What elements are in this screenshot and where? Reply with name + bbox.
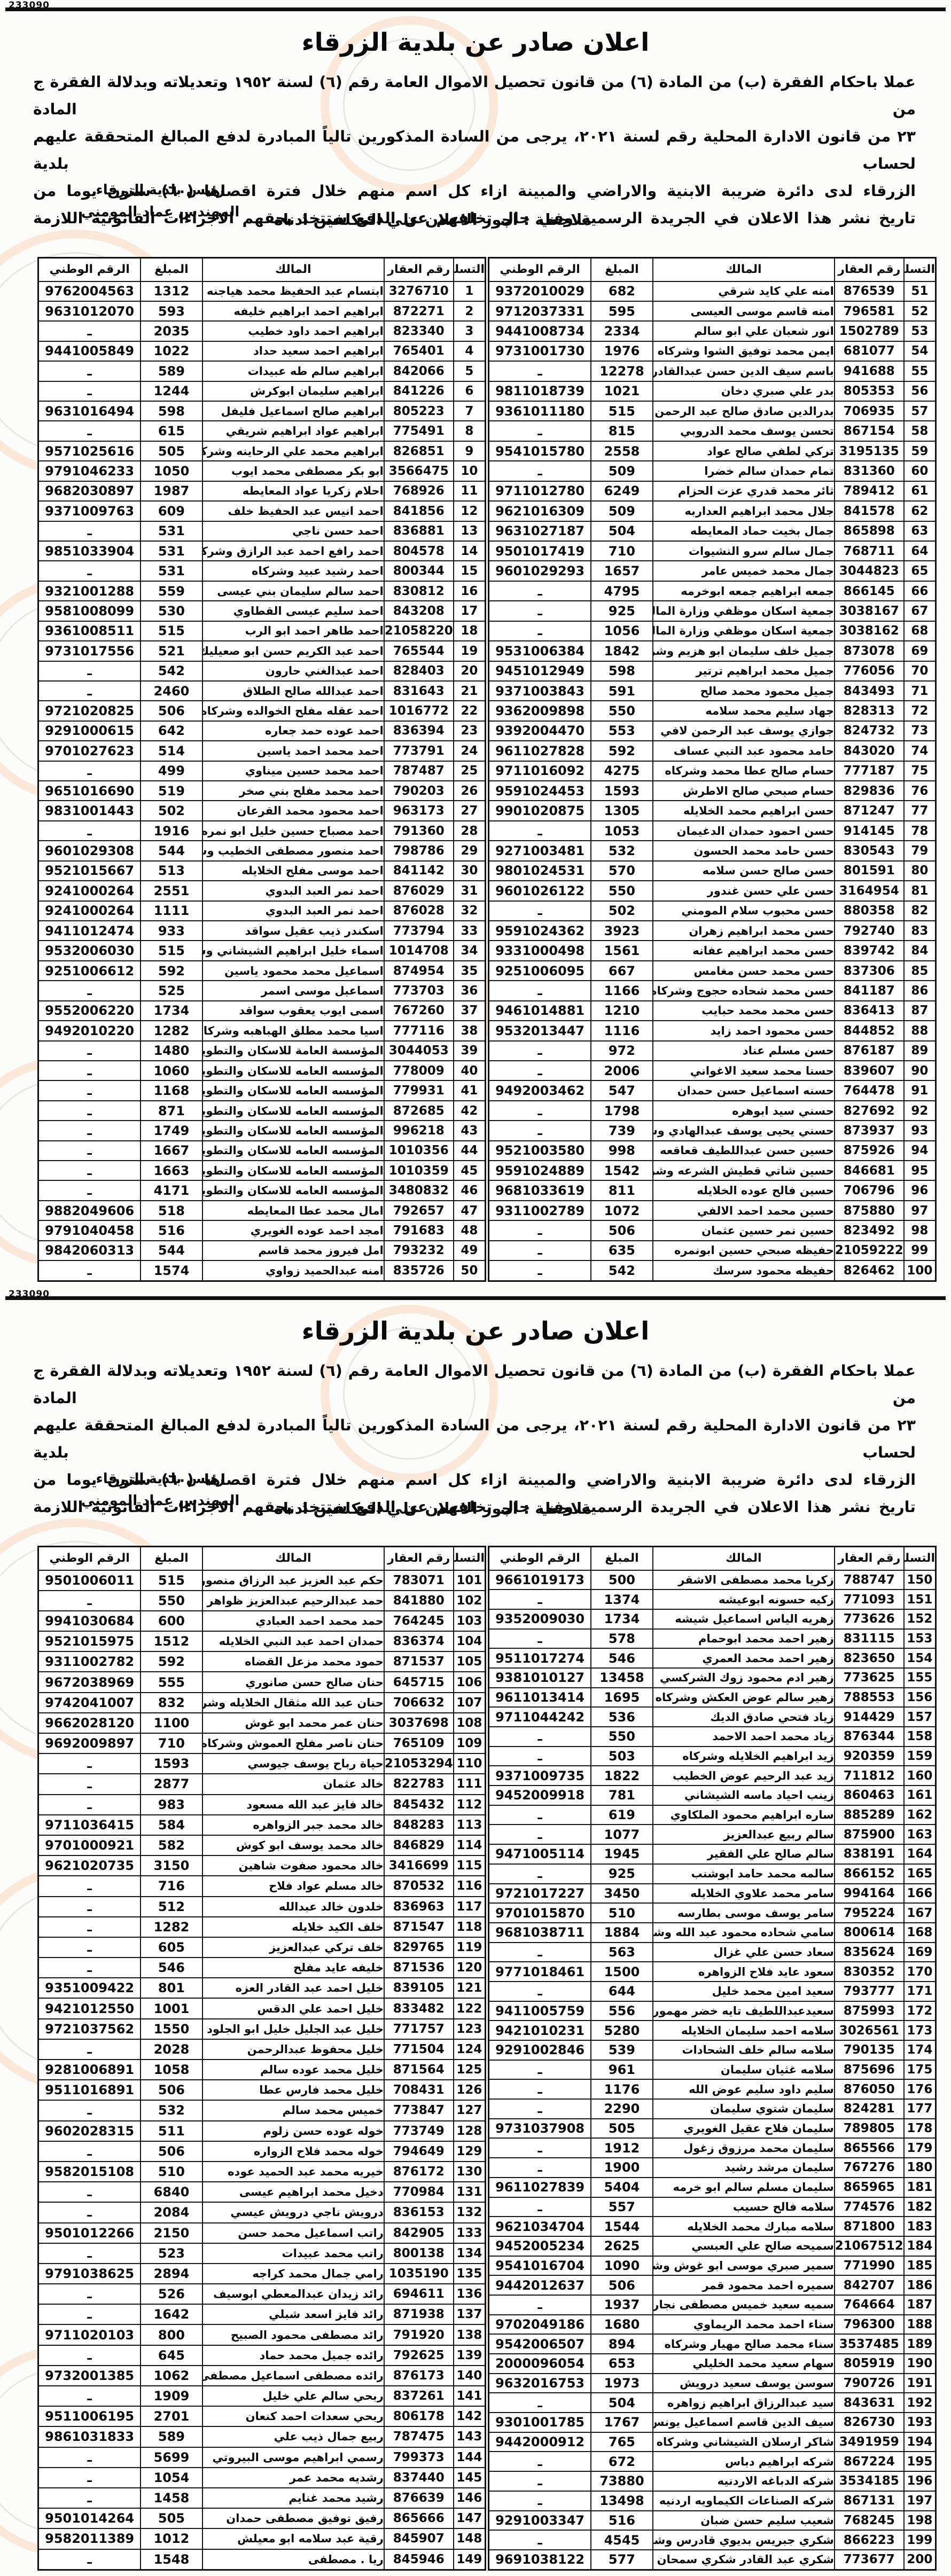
serial-cell: 195	[904, 2452, 936, 2471]
table-row: 120871536خليفه عايد مفلح546ـ	[38, 1958, 486, 1978]
national-id-cell: 9541016704	[489, 2256, 591, 2276]
serial-cell: 8	[454, 421, 486, 441]
table-row: 93873937حسني يحيى يوسف عبدالهادي وشركاه7…	[489, 1121, 936, 1140]
amount-cell: 1077	[591, 1825, 652, 1844]
owner-cell: زكيه حسونه ابوعيشه	[653, 1590, 835, 1609]
amount-cell: 800	[141, 2324, 202, 2345]
table-row: 118871547خلف الكيد خلايله1282ـ	[38, 1917, 486, 1937]
owner-cell: احمد عوده حمد جعاره	[202, 721, 384, 741]
amount-cell: 13498	[591, 2491, 652, 2511]
national-id-cell: ـ	[489, 1241, 591, 1260]
serial-cell: 200	[904, 2550, 936, 2570]
owner-cell: سعيدعبداللطيف تايه خضر مهمور	[653, 2001, 835, 2021]
property-number-cell: 914429	[835, 1707, 904, 1727]
national-id-cell: ـ	[489, 1121, 591, 1140]
national-id-cell: ـ	[38, 1260, 141, 1281]
property-number-cell: 787487	[384, 761, 454, 781]
owner-cell: سيف الدين قاسم اسماعيل يونس	[653, 2413, 835, 2432]
owner-cell: سميه سعيد خميس مصطفى نجار	[653, 2295, 835, 2315]
table-row: 43996218المؤسسه العامه للاسكان والتطوير …	[38, 1121, 486, 1140]
owner-cell: ربيع جمال ذيب علي	[202, 2426, 384, 2447]
column-header-property-number: رقم العقار	[835, 1547, 904, 1570]
table-row: 192843631سيد عبدالرزاق ابراهيم زواهره504…	[489, 2393, 936, 2413]
property-number-cell: 773626	[835, 1609, 904, 1629]
amount-cell: 1680	[591, 2315, 652, 2335]
owner-cell: جمال بخيت حماد المعايطه	[653, 521, 835, 541]
serial-cell: 66	[904, 581, 936, 601]
amount-cell: 598	[141, 401, 202, 421]
owner-cell: ابراهيم صالح اسماعيل فليفل	[202, 401, 384, 421]
table-row: 114846829خالد محمد يوسف ابو كوش582970100…	[38, 1835, 486, 1855]
owner-cell: احمد عبدالغني حارون	[202, 661, 384, 681]
amount-cell: 598	[591, 661, 652, 681]
owner-cell: سهام سعيد محمد الخليلي	[653, 2354, 835, 2374]
property-number-cell: 706632	[384, 1693, 454, 1713]
owner-cell: اسمى ايوب يعقوب سواقد	[202, 1001, 384, 1021]
national-id-cell: 9632016753	[489, 2374, 591, 2393]
owner-cell: حنان عمر محمد ابو غوش	[202, 1713, 384, 1733]
table-row: 153831115زهير احمد محمد ابوحمام578ـ	[489, 1629, 936, 1649]
table-row: 162885289ساره ابراهيم محمود الملكاوي619ـ	[489, 1805, 936, 1825]
serial-cell: 78	[904, 821, 936, 841]
national-id-cell: ـ	[38, 1161, 141, 1180]
national-id-cell: ـ	[489, 901, 591, 921]
column-header-national-id: الرقم الوطني	[38, 1547, 141, 1570]
amount-cell: 2290	[591, 2099, 652, 2119]
serial-cell: 83	[904, 921, 936, 941]
national-id-cell: 9711036415	[38, 1815, 141, 1835]
amount-cell: 1884	[591, 1923, 652, 1943]
owner-cell: ربحي سالم علي خليل	[202, 2386, 384, 2406]
table-row: 1153416699خالد محمود صفوت شاهين315096210…	[38, 1855, 486, 1876]
national-id-cell: 9721037562	[38, 2019, 141, 2039]
amount-cell: 556	[591, 2001, 652, 2021]
national-id-cell: 9712037331	[489, 301, 591, 321]
serial-cell: 179	[904, 2138, 936, 2158]
owner-cell: سامي شحاده محمود عبد الله وشركاه	[653, 1923, 835, 1943]
property-number-cell: 867224	[835, 2452, 904, 2471]
table-row: 143787475ربيع جمال ذيب علي5899861031833	[38, 2426, 486, 2447]
owner-cell: دخيل محمد ابراهيم عيسى	[202, 2182, 384, 2202]
national-id-cell: ـ	[38, 321, 141, 341]
property-number-cell: 773794	[384, 921, 454, 941]
amount-cell: 6840	[141, 2182, 202, 2202]
table-row: 145837440رشديه محمد عمر1054ـ	[38, 2468, 486, 2488]
column-header-amount: المبلغ	[141, 258, 202, 281]
owner-cell: خليفه عايد مفلح	[202, 1958, 384, 1978]
national-id-cell: 9331000498	[489, 941, 591, 960]
table-row: 41779931المؤسسه العامه للاسكان والتطوير …	[38, 1080, 486, 1100]
amount-cell: 1282	[141, 1021, 202, 1040]
owner-cell: سامر يوسف موسى بطارسه	[653, 1903, 835, 1923]
owner-cell: جميل محمد ابراهيم ترتير	[653, 661, 835, 681]
serial-cell: 52	[904, 301, 936, 321]
table-row: 36773703اسماعيل موسى اسمر525ـ	[38, 981, 486, 1000]
amount-cell: 506	[591, 2275, 652, 2295]
national-id-cell: 9251006612	[38, 961, 141, 981]
amount-cell: 532	[591, 841, 652, 860]
property-number-cell: 1014708	[384, 941, 454, 960]
amount-cell: 1500	[591, 1962, 652, 1982]
national-id-cell: ـ	[489, 2060, 591, 2080]
amount-cell: 1916	[141, 821, 202, 841]
serial-cell: 37	[454, 1001, 486, 1021]
national-id-cell: 9771018461	[489, 1962, 591, 1982]
national-id-cell: 9651016690	[38, 781, 141, 801]
table-row: 111822783خالد عثمان2877ـ	[38, 1774, 486, 1794]
table-header-row: التسلسل رقم العقار المالك المبلغ الرقم ا…	[38, 1547, 486, 1570]
legal-text-line-1: عملا باحكام الفقرة (ب) من المادة (٦) من …	[33, 68, 916, 123]
property-number-cell: 768711	[835, 541, 904, 561]
amount-cell: 505	[591, 2119, 652, 2139]
table-row: 5842066ابراهيم سالم طه عبيدات589ـ	[38, 361, 486, 381]
property-number-cell: 829836	[835, 781, 904, 801]
serial-cell: 27	[454, 801, 486, 820]
property-number-cell: 794649	[384, 2141, 454, 2162]
national-id-cell: 9941030684	[38, 1611, 141, 1631]
property-number-cell: 875900	[835, 1825, 904, 1844]
serial-cell: 165	[904, 1864, 936, 1884]
amount-cell: 653	[591, 2354, 652, 2374]
serial-cell: 120	[454, 1958, 486, 1978]
table-row: 61789412ثائر محمد قدري عزت الحزام6249971…	[489, 481, 936, 501]
signature-name: المهندس عماد المومني	[80, 201, 240, 223]
table-row: 26790203احمد محمد مفلح بني صخر5199651016…	[38, 781, 486, 801]
amount-cell: 894	[591, 2334, 652, 2354]
serial-cell: 2	[454, 301, 486, 321]
national-id-cell: 9791038625	[38, 2264, 141, 2284]
serial-cell: 136	[454, 2284, 486, 2304]
amount-cell: 1072	[591, 1201, 652, 1220]
table-row: 11021053294حياة رباح يوسف جيوسي1593ـ	[38, 1753, 486, 1774]
amount-cell: 1244	[141, 381, 202, 401]
table-row: 94875926حسين حسن عبداللطيف قعاقعه9989521…	[489, 1141, 936, 1161]
serial-cell: 82	[904, 901, 936, 921]
national-id-cell: ـ	[489, 601, 591, 621]
amount-cell: 1842	[591, 641, 652, 661]
property-number-cell: 1010359	[384, 1161, 454, 1180]
owner-cell: رائده جميل محمد حماد	[202, 2345, 384, 2366]
table-row: 137871938رائد فايز اسعد شبلي1642ـ	[38, 2304, 486, 2324]
national-id-cell: 9621020735	[38, 1855, 141, 1876]
owner-cell: سعيد امين محمد خليل	[653, 1982, 835, 2001]
amount-cell: 4795	[591, 581, 652, 601]
table-row: 163875900سالم ربيع عبدالعزيز1077ـ	[489, 1825, 936, 1844]
national-id-cell: ـ	[38, 761, 141, 781]
owner-cell: ابراهيم سالم طه عبيدات	[202, 361, 384, 381]
column-header-amount: المبلغ	[591, 258, 652, 281]
column-header-serial: التسلسل	[904, 258, 936, 281]
amount-cell: 2877	[141, 1774, 202, 1794]
property-number-cell: 771504	[384, 2039, 454, 2060]
table-row: 90839607حسنا محمد سعيد الاغواني2006ـ	[489, 1061, 936, 1080]
owner-cell: زهريه الياس اسماعيل شيشه	[653, 1609, 835, 1629]
table-row: 64768711جمال سالم سرو النشيوات7109501017…	[489, 541, 936, 561]
national-id-cell: 9691038122	[489, 2550, 591, 2570]
serial-cell: 98	[904, 1220, 936, 1240]
property-number-cell: 805353	[835, 381, 904, 401]
column-header-serial: التسلسل	[454, 258, 486, 281]
serial-cell: 199	[904, 2530, 936, 2550]
property-number-cell: 711812	[835, 1766, 904, 1786]
national-id-cell: 9811018739	[489, 381, 591, 401]
owner-cell: امجد احمد عوده الغويري	[202, 1220, 384, 1240]
national-id-cell: 9631016494	[38, 401, 141, 421]
owner-cell: سالم صالح علي الفقير	[653, 1844, 835, 1864]
table-row: 57706935بدرالدين صادق صالح عبد الرحمن515…	[489, 401, 936, 421]
property-number-cell: 764245	[384, 1611, 454, 1631]
table-row: 25787487احمد محمد حسين ميناوي499ـ	[38, 761, 486, 781]
property-number-cell: 3038162	[835, 621, 904, 641]
serial-cell: 29	[454, 841, 486, 860]
amount-cell: 519	[141, 781, 202, 801]
serial-cell: 107	[454, 1693, 486, 1713]
serial-cell: 53	[904, 321, 936, 341]
table-row: 91764478حسنه اسماعيل حسن حمدان5479492003…	[489, 1080, 936, 1100]
property-number-cell: 871537	[384, 1651, 454, 1672]
owner-cell: ايمن محمد توفيق الشوا وشركاه	[653, 341, 835, 361]
owner-cell: سلامه مبارك محمد الخلايله	[653, 2217, 835, 2236]
national-id-cell: 9311002782	[38, 1651, 141, 1672]
property-number-cell: 876050	[835, 2079, 904, 2099]
national-id-cell: 9611027839	[489, 2178, 591, 2197]
amount-cell: 1667	[141, 1141, 202, 1161]
national-id-cell: 9601029293	[489, 561, 591, 581]
national-id-cell: 9411012474	[38, 921, 141, 941]
serial-cell: 160	[904, 1766, 936, 1786]
table-row: 185771990سمير صبري موسى ابو غوش وشركاه10…	[489, 2256, 936, 2276]
table-row: 95846681حسين شاتي قطيش الشرعه وشركاه1542…	[489, 1161, 936, 1180]
serial-cell: 145	[454, 2468, 486, 2488]
national-id-cell: ـ	[489, 1943, 591, 1962]
amount-cell: 592	[141, 961, 202, 981]
property-number-cell: 765544	[384, 641, 454, 661]
table-row: 140876173رائده مصطفى اسماعيل مصطفى106297…	[38, 2366, 486, 2386]
national-id-cell: ـ	[489, 1864, 591, 1884]
amount-cell: 1512	[141, 1631, 202, 1651]
table-row: 117836963خلدون خالد عبدالله512ـ	[38, 1897, 486, 1917]
amount-cell: 1987	[141, 481, 202, 501]
owner-cell: المؤسسه العامه للاسكان والتطوير الحضري	[202, 1161, 384, 1180]
serial-cell: 86	[904, 981, 936, 1000]
table-row: 109765109حنان ناصر مفلح العموش وشركاه710…	[38, 1733, 486, 1753]
property-number-cell: 873937	[835, 1121, 904, 1140]
table-row: 144799373رسمي ابراهيم موسى البيروتي5699ـ	[38, 2447, 486, 2468]
amount-cell: 2035	[141, 321, 202, 341]
table-row: 531502789انور شعبان علي ابو سالم23349441…	[489, 321, 936, 341]
property-number-cell: 844852	[835, 1021, 904, 1040]
owner-cell: احمد نمر العبد البدوي	[202, 881, 384, 901]
property-number-cell: 867131	[835, 2491, 904, 2511]
serial-cell: 101	[454, 1570, 486, 1591]
national-id-cell: 9311002789	[489, 1201, 591, 1220]
serial-cell: 196	[904, 2471, 936, 2491]
national-id-cell: 9731017556	[38, 641, 141, 661]
serial-cell: 150	[904, 1570, 936, 1590]
table-row: 54681077ايمن محمد توفيق الشوا وشركاه1976…	[489, 341, 936, 361]
serial-cell: 171	[904, 1982, 936, 2001]
national-id-cell: 9421010231	[489, 2021, 591, 2040]
owner-cell: امل فيروز محمد قاسم	[202, 1241, 384, 1260]
owner-cell: سليمان محمد مرزوق زغول	[653, 2138, 835, 2158]
property-number-cell: 885289	[835, 1805, 904, 1825]
property-number-cell: 694611	[384, 2284, 454, 2304]
property-number-cell: 791360	[384, 821, 454, 841]
property-number-cell: 823340	[384, 321, 454, 341]
amount-cell: 531	[141, 521, 202, 541]
amount-cell: 925	[591, 601, 652, 621]
property-number-cell: 768926	[384, 481, 454, 501]
national-id-cell: 9882049606	[38, 1201, 141, 1220]
table-row: 683038162جمعية اسكان موظفي وزارة الماليه…	[489, 621, 936, 641]
serial-cell: 124	[454, 2039, 486, 2060]
table-row: 9826851ابراهيم محمد علي الرحاينه وشركاه5…	[38, 441, 486, 461]
amount-cell: 559	[141, 581, 202, 601]
owner-cell: رشيد محمد غنايم	[202, 2488, 384, 2508]
property-number-cell: 775491	[384, 421, 454, 441]
owner-cell: حسن محمد محمد حبايب	[653, 1001, 835, 1021]
property-number-cell: 836153	[384, 2202, 454, 2222]
serial-cell: 13	[454, 521, 486, 541]
serial-cell: 108	[454, 1713, 486, 1733]
table-row: 16830812احمد سالم سليمان بني عيسى5599321…	[38, 581, 486, 601]
national-id-cell: ـ	[38, 2202, 141, 2222]
property-number-cell: 828403	[384, 661, 454, 681]
serial-cell: 42	[454, 1101, 486, 1121]
national-id-cell: 9351009422	[38, 1978, 141, 1998]
property-number-cell: 996218	[384, 1121, 454, 1140]
property-number-cell: 3416699	[384, 1855, 454, 1876]
serial-cell: 94	[904, 1141, 936, 1161]
amount-cell: 577	[591, 2550, 652, 2570]
table-row: 193826730سيف الدين قاسم اسماعيل يونس1767…	[489, 2413, 936, 2432]
table-row: 171793777سعيد امين محمد خليل644ـ	[489, 1982, 936, 2001]
owner-cell: خوله عوده حسن زلوم	[202, 2121, 384, 2141]
property-number-cell: 837261	[384, 2386, 454, 2406]
property-number-cell: 774576	[835, 2197, 904, 2217]
amount-cell: 1550	[141, 2019, 202, 2039]
table-row: 593195135تركي لطفي صالح عواد255895410157…	[489, 441, 936, 461]
national-id-cell: ـ	[38, 2141, 141, 2162]
national-id-cell: 9492010220	[38, 1021, 141, 1040]
serial-cell: 166	[904, 1884, 936, 1904]
amount-cell: 600	[141, 1611, 202, 1631]
table-row: 12841856احمد انيس عبد الحفيظ خلف60993710…	[38, 501, 486, 521]
property-number-cell: 824281	[835, 2099, 904, 2119]
amount-cell: 2551	[141, 881, 202, 901]
owner-cell: حسين نمر حسين عثمان	[653, 1220, 835, 1240]
property-number-cell: 764478	[835, 1080, 904, 1100]
serial-cell: 143	[454, 2426, 486, 2447]
property-number-cell: 793777	[835, 1982, 904, 2001]
owner-cell: حسن محمد حسن مغامس	[653, 961, 835, 981]
table-row: 175875696سلامه غثيان سليمان961ـ	[489, 2060, 936, 2080]
owner-cell: تركي لطفي صالح عواد	[653, 441, 835, 461]
owner-cell: ابراهيم محمد علي الرحاينه وشركاه	[202, 441, 384, 461]
amount-cell: 765	[591, 2432, 652, 2452]
national-id-cell: 9692009897	[38, 1733, 141, 1753]
signature-title: رئيس بلدية الزرقاء	[80, 179, 240, 201]
owner-cell: ربحي سعدات احمد كنعان	[202, 2406, 384, 2426]
amount-cell: 536	[591, 1707, 652, 1727]
national-id-cell: 9241000264	[38, 901, 141, 921]
national-id-cell: ـ	[38, 2468, 141, 2488]
national-id-cell: ـ	[38, 1917, 141, 1937]
property-number-cell: 681077	[835, 341, 904, 361]
amount-cell: 514	[141, 741, 202, 761]
column-header-property-number: رقم العقار	[384, 258, 454, 281]
property-number-cell: 876344	[835, 1727, 904, 1747]
national-id-cell: ـ	[489, 2471, 591, 2491]
national-id-cell: 9291003347	[489, 2511, 591, 2531]
property-number-cell: 842905	[384, 2223, 454, 2243]
serial-cell: 14	[454, 541, 486, 561]
property-number-cell: 1016772	[384, 701, 454, 721]
national-id-cell: ـ	[38, 1795, 141, 1815]
amount-cell: 505	[141, 2508, 202, 2528]
amount-cell: 605	[141, 1937, 202, 1958]
property-number-cell: 771990	[835, 2256, 904, 2276]
property-number-cell: 793232	[384, 1241, 454, 1260]
owner-cell: جمال سالم سرو النشيوات	[653, 541, 835, 561]
owner-cell: خوله محمد فلاح الزواره	[202, 2141, 384, 2162]
table-row: 172875993سعيدعبداللطيف تايه خضر مهمور556…	[489, 2001, 936, 2021]
property-number-cell: 21067512	[835, 2236, 904, 2256]
amount-cell: 1561	[591, 941, 652, 960]
owner-cell: حسن محمد شحاده حجوج وشركاه	[653, 981, 835, 1000]
amount-cell: 2701	[141, 2406, 202, 2426]
serial-cell: 159	[904, 1747, 936, 1766]
serial-cell: 176	[904, 2079, 936, 2099]
serial-cell: 77	[904, 801, 936, 820]
serial-cell: 197	[904, 2491, 936, 2511]
property-number-cell: 3038167	[835, 601, 904, 621]
owner-cell: جهاد سليم محمد سلامه	[653, 701, 835, 721]
serial-cell: 191	[904, 2374, 936, 2393]
national-id-cell: ـ	[489, 461, 591, 481]
serial-cell: 155	[904, 1668, 936, 1688]
serial-cell: 24	[454, 741, 486, 761]
amount-cell: 509	[591, 461, 652, 481]
property-number-cell: 876029	[384, 881, 454, 901]
amount-cell: 506	[141, 2080, 202, 2100]
owner-cell: امنه قاسم موسى العيسى	[653, 301, 835, 321]
table-row: 55941688باسم سيف الدين حسن عبدالقادر1227…	[489, 361, 936, 381]
serial-cell: 142	[454, 2406, 486, 2426]
table-row: 341014708اسماء خليل ابراهيم الشيشاني وشر…	[38, 941, 486, 960]
property-number-cell: 795224	[835, 1903, 904, 1923]
table-row: 128773749خوله عوده حسن زلوم5119602028315	[38, 2121, 486, 2141]
national-id-cell: ـ	[489, 1101, 591, 1121]
property-number-cell: 865566	[835, 2138, 904, 2158]
national-id-cell: ـ	[38, 521, 141, 541]
owner-cell: احمد منصور مصطفى الخطيب وشركاه	[202, 841, 384, 860]
owner-cell: خليل محفوظ عبدالرحمن	[202, 2039, 384, 2060]
serial-cell: 119	[454, 1937, 486, 1958]
table-row: 149845946ريا . مصطفى1548ـ	[38, 2549, 486, 2570]
amount-cell: 635	[591, 1241, 652, 1260]
serial-cell: 79	[904, 841, 936, 860]
serial-cell: 5	[454, 361, 486, 381]
amount-cell: 1053	[591, 821, 652, 841]
serial-cell: 106	[454, 1672, 486, 1692]
owner-cell: حمد محمد احمد العبادي	[202, 1611, 384, 1631]
serial-cell: 63	[904, 521, 936, 541]
national-id-cell: ـ	[489, 1805, 591, 1825]
table-row: 13276710ابتسام عبد الحفيظ محمد هياجنه131…	[38, 281, 486, 301]
table-row: 52796581امنه قاسم موسى العيسى59597120373…	[489, 301, 936, 321]
property-number-cell: 824732	[835, 721, 904, 741]
